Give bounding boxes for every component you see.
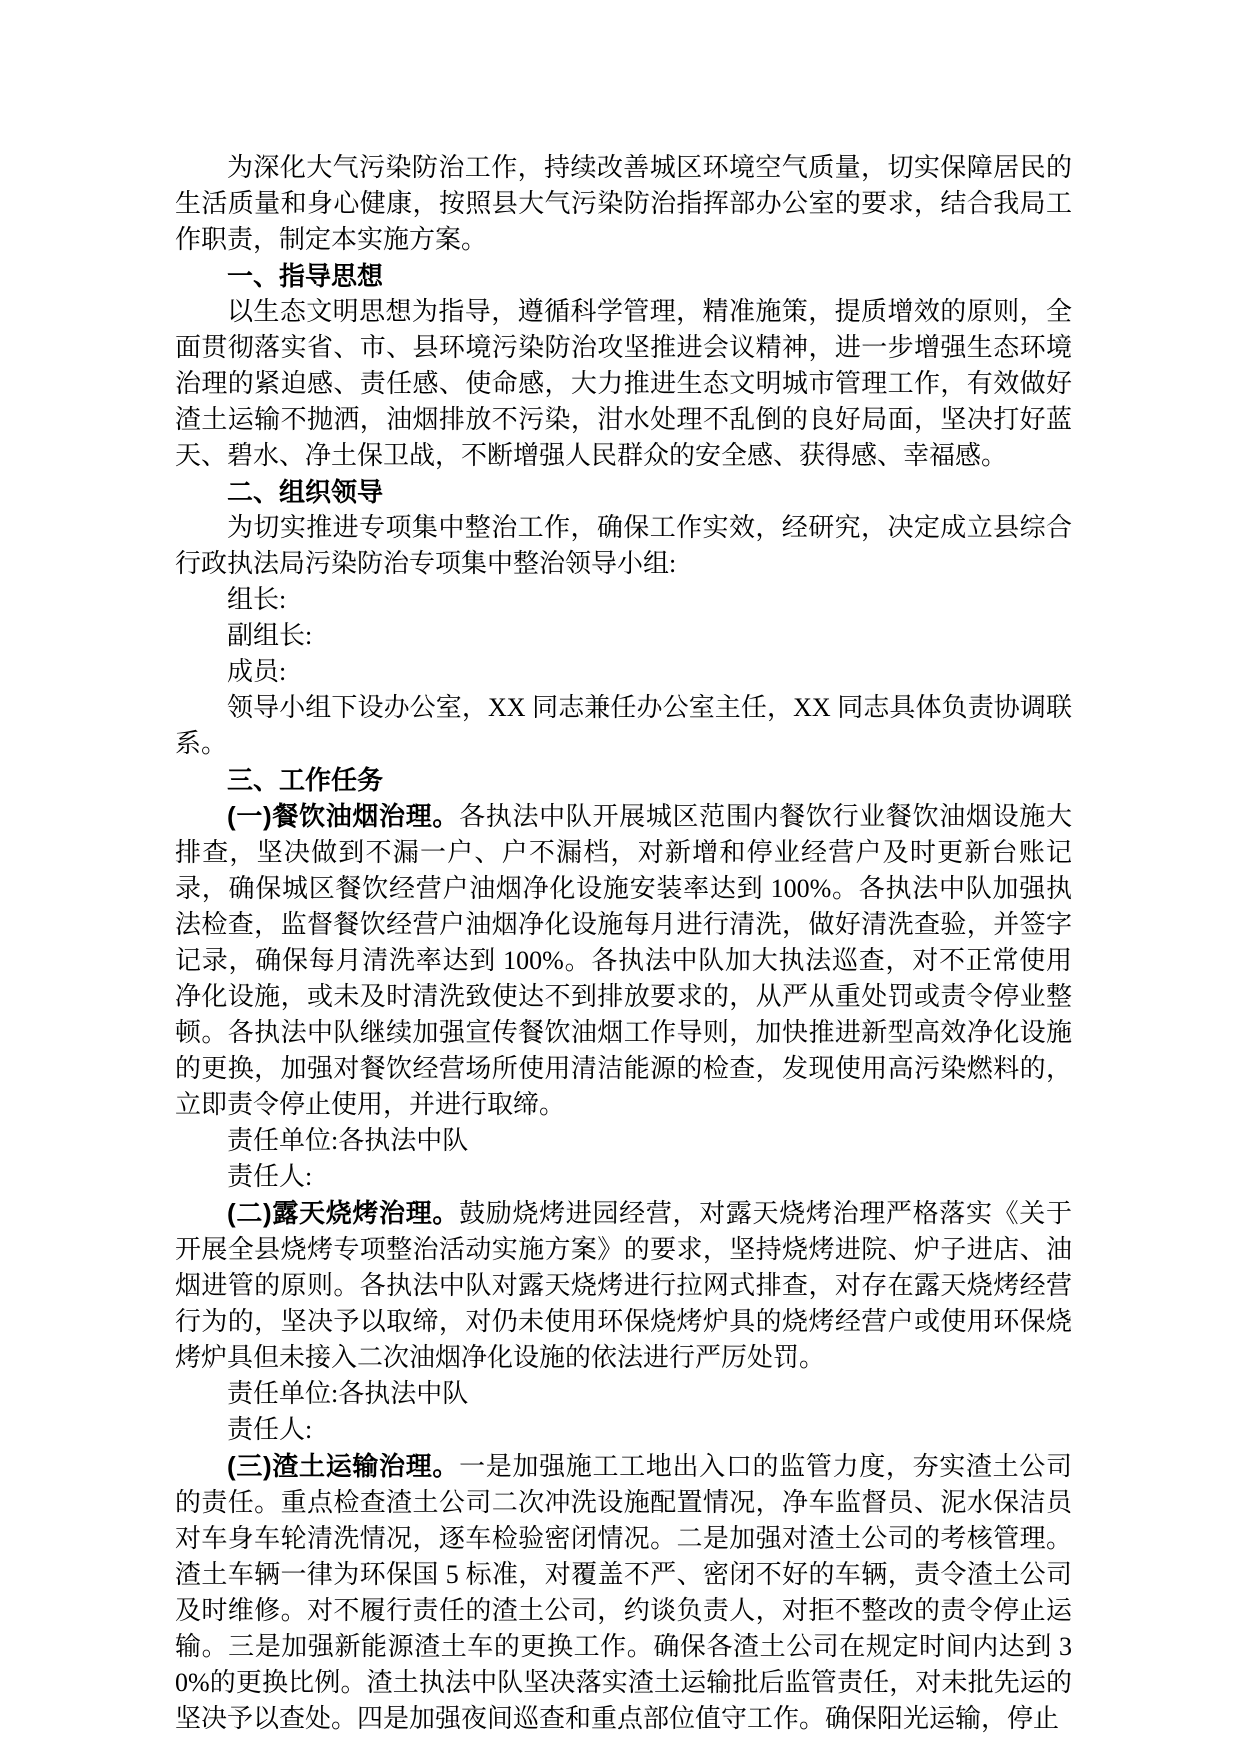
- line-group-leader: 组长:: [175, 582, 1072, 618]
- task-1-text: 各执法中队开展城区范围内餐饮行业餐饮油烟设施大排查，坚决做到不漏一户、户不漏档，…: [175, 802, 1072, 1119]
- paragraph-guiding-ideology: 以生态文明思想为指导，遵循科学管理，精准施策，提质增效的原则，全面贯彻落实省、市…: [175, 294, 1072, 474]
- line-members: 成员:: [175, 654, 1072, 690]
- section-heading-work-tasks: 三、工作任务: [175, 762, 1072, 798]
- line-responsible-person-2: 责任人:: [175, 1412, 1072, 1448]
- paragraph-office-note: 领导小组下设办公室，XX 同志兼任办公室主任，XX 同志具体负责协调联系。: [175, 690, 1072, 762]
- paragraph-task-1: (一)餐饮油烟治理。各执法中队开展城区范围内餐饮行业餐饮油烟设施大排查，坚决做到…: [175, 798, 1072, 1123]
- section-heading-guiding-ideology: 一、指导思想: [175, 258, 1072, 294]
- paragraph-organization-intro: 为切实推进专项集中整治工作，确保工作实效，经研究，决定成立县综合行政执法局污染防…: [175, 510, 1072, 582]
- document-page: 为深化大气污染防治工作，持续改善城区环境空气质量，切实保障居民的生活质量和身心健…: [0, 0, 1240, 1754]
- paragraph-task-2: (二)露天烧烤治理。鼓励烧烤进园经营，对露天烧烤治理严格落实《关于开展全县烧烤专…: [175, 1195, 1072, 1376]
- line-responsible-unit-2: 责任单位:各执法中队: [175, 1376, 1072, 1412]
- document-body: 为深化大气污染防治工作，持续改善城区环境空气质量，切实保障居民的生活质量和身心健…: [175, 150, 1072, 1737]
- line-deputy-leader: 副组长:: [175, 618, 1072, 654]
- task-3-title: (三)渣土运输治理。: [227, 1451, 459, 1481]
- section-heading-organization: 二、组织领导: [175, 474, 1072, 510]
- paragraph-intro: 为深化大气污染防治工作，持续改善城区环境空气质量，切实保障居民的生活质量和身心健…: [175, 150, 1072, 258]
- line-responsible-person-1: 责任人:: [175, 1159, 1072, 1195]
- task-1-title: (一)餐饮油烟治理。: [227, 801, 459, 831]
- paragraph-task-3: (三)渣土运输治理。一是加强施工工地出入口的监管力度，夯实渣土公司的责任。重点检…: [175, 1448, 1072, 1737]
- task-2-title: (二)露天烧烤治理。: [227, 1198, 459, 1228]
- line-responsible-unit-1: 责任单位:各执法中队: [175, 1123, 1072, 1159]
- task-3-text: 一是加强施工工地出入口的监管力度，夯实渣土公司的责任。重点检查渣土公司二次冲洗设…: [175, 1452, 1072, 1733]
